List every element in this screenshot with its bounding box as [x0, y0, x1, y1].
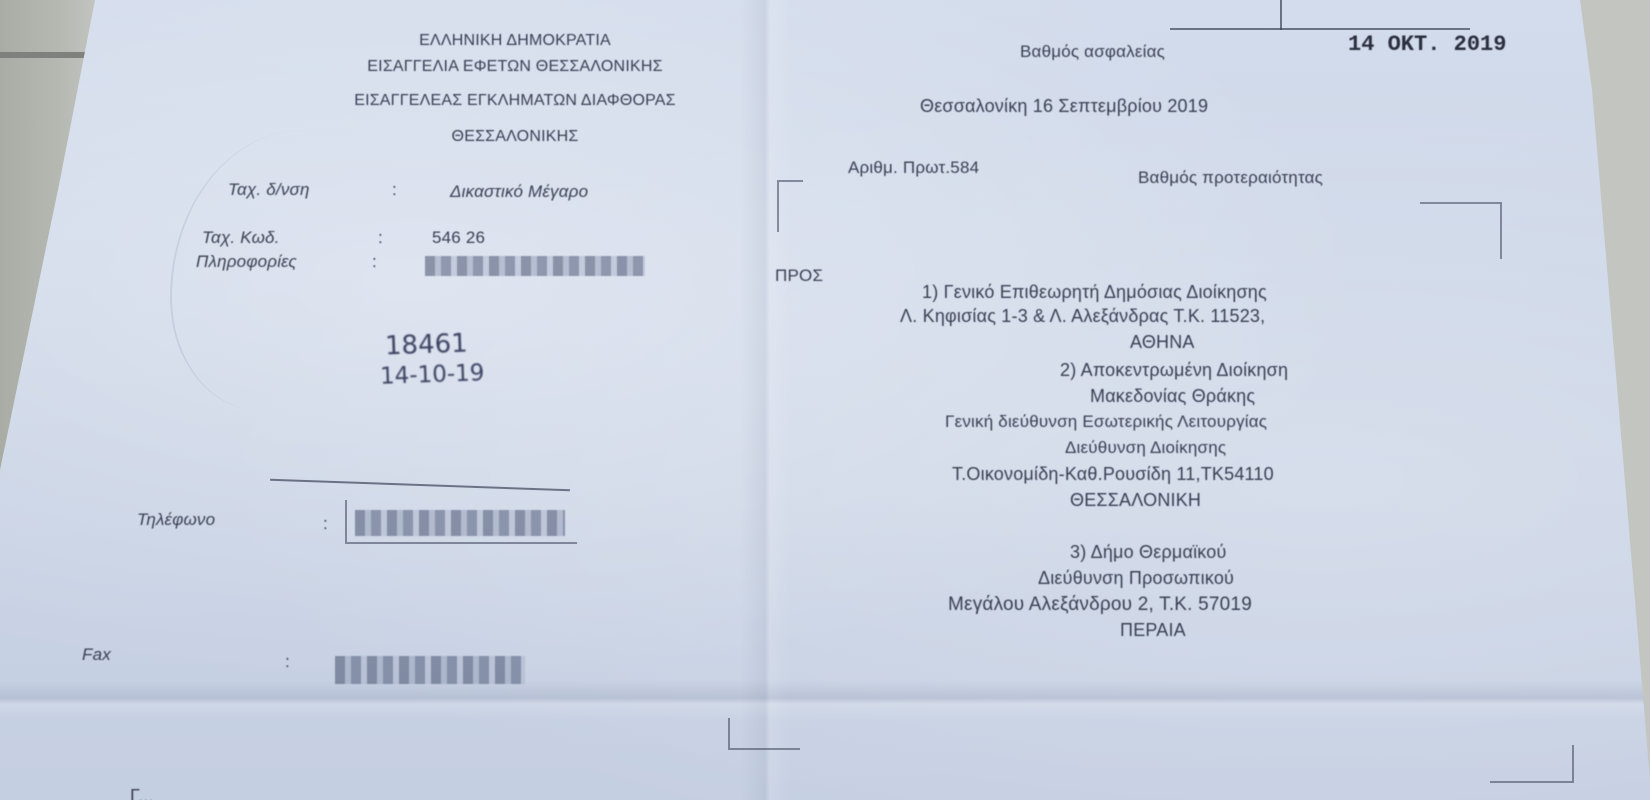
postal-code-label: Ταχ. Κωδ.: [202, 228, 280, 248]
phone-underline: [270, 479, 570, 491]
recipients-label: ΠΡΟΣ: [775, 266, 823, 286]
postal-code-separator: :: [378, 228, 383, 248]
recipient-line: 3) Δήμο Θερμαϊκού: [1070, 542, 1227, 563]
recipient-line: Μεγάλου Αλεξάνδρου 2, Τ.Κ. 57019: [948, 594, 1252, 616]
background-shelf-edge: [0, 52, 90, 58]
fax-value-redacted: [335, 656, 525, 684]
recipient-bracket-top-left: [777, 180, 803, 232]
footer-partial-text: Γ...: [130, 786, 154, 800]
received-stamp-date: 14 ΟΚΤ. 2019: [1348, 32, 1506, 57]
phone-separator: :: [323, 514, 328, 534]
recipient-line: Διεύθυνση Προσωπικού: [1038, 568, 1234, 589]
recipient-bracket-top-right: [1420, 202, 1502, 259]
recipient-bracket-bottom-left: [728, 718, 800, 750]
address-separator: :: [392, 180, 397, 200]
recipient-line: Διεύθυνση Διοίκησης: [1065, 438, 1226, 458]
document-paper: ΕΛΛΗΝΙΚΗ ΔΗΜΟΚΡΑΤΙΑ ΕΙΣΑΓΓΕΛΙΑ ΕΦΕΤΩΝ ΘΕ…: [0, 0, 1650, 800]
phone-label: Τηλέφωνο: [137, 510, 215, 530]
recipient-line: ΘΕΣΣΑΛΟΝΙΚΗ: [1070, 490, 1201, 511]
security-level-label: Βαθμός ασφαλείας: [1020, 42, 1165, 62]
place-date: Θεσσαλονίκη 16 Σεπτεμβρίου 2019: [920, 96, 1208, 117]
handwritten-number: 18461: [385, 329, 469, 362]
recipient-line: Μακεδονίας Θράκης: [1090, 386, 1255, 407]
address-label: Ταχ. δ/νση: [228, 180, 310, 200]
header-line-4: ΘΕΣΣΑΛΟΝΙΚΗΣ: [295, 128, 735, 146]
info-separator: :: [372, 252, 377, 272]
recipient-line: Τ.Οικονομίδη-Καθ.Ρουσίδη 11,ΤΚ54110: [952, 464, 1274, 485]
recipient-line: ΠΕΡΑΙΑ: [1120, 620, 1186, 641]
info-value-redacted: [425, 256, 645, 276]
recipient-line: ΑΘΗΝΑ: [1130, 332, 1195, 353]
info-label: Πληροφορίες: [196, 252, 297, 272]
handwritten-date: 14-10-19: [380, 360, 485, 390]
paper-fold-horizontal: [0, 680, 1650, 720]
recipient-line: 1) Γενικό Επιθεωρητή Δημόσιας Διοίκησης: [922, 282, 1267, 303]
header-line-1: ΕΛΛΗΝΙΚΗ ΔΗΜΟΚΡΑΤΙΑ: [295, 32, 735, 50]
stamp-line: [1170, 28, 1470, 30]
stamp-line-vertical: [1280, 0, 1282, 30]
header-line-3: ΕΙΣΑΓΓΕΛΕΑΣ ΕΓΚΛΗΜΑΤΩΝ ΔΙΑΦΘΟΡΑΣ: [295, 92, 735, 110]
phone-value-redacted: [355, 510, 565, 536]
recipient-line: 2) Αποκεντρωμένη Διοίκηση: [1060, 360, 1288, 381]
recipient-bracket-bottom-right: [1490, 745, 1574, 783]
header-line-2: ΕΙΣΑΓΓΕΛΙΑ ΕΦΕΤΩΝ ΘΕΣΣΑΛΟΝΙΚΗΣ: [295, 58, 735, 76]
postal-code-value: 546 26: [432, 228, 485, 248]
recipient-line: Λ. Κηφισίας 1-3 & Λ. Αλεξάνδρας Τ.Κ. 115…: [900, 306, 1265, 327]
fax-label: Fax: [82, 645, 111, 665]
priority-level-label: Βαθμός προτεραιότητας: [1138, 168, 1323, 188]
recipient-line: Γενική διεύθυνση Εσωτερικής Λειτουργίας: [945, 412, 1267, 432]
address-value: Δικαστικό Μέγαρο: [450, 182, 588, 202]
fax-separator: :: [285, 652, 290, 672]
protocol-number: Αριθμ. Πρωτ.584: [848, 158, 979, 178]
